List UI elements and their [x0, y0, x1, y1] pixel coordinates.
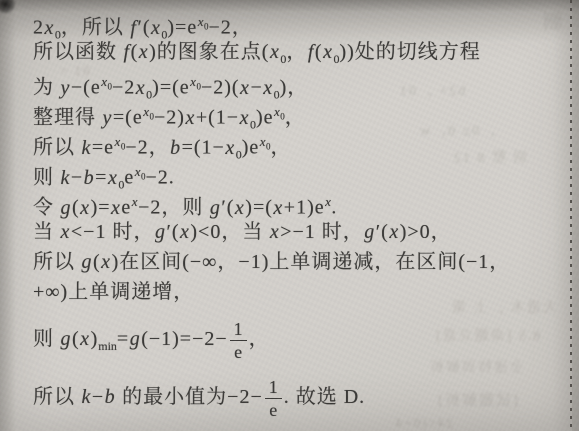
solution-line-6: 则 k−b=x0ex0−2.	[33, 157, 567, 187]
page-edge-strip	[572, 0, 579, 431]
solution-line-10: +∞)上单调递增，	[33, 277, 567, 307]
corner-shadow	[0, 0, 19, 17]
solution-line-7: 令 g(x)=xex−2，则 g′(x)=(x+1)ex.	[33, 187, 567, 217]
solution-line-3: 为 y−(ex0−2x0)=(ex0−2)(x−x0)，	[33, 67, 567, 97]
solution-line-8: 当 x<−1 时，g′(x)<0，当 x>−1 时，g′(x)>0，	[33, 217, 567, 247]
solution-line-11: 则 g(x)min=g(−1)=−2−1e，	[33, 315, 567, 363]
solution-line-5: 所以 k=ex0−2，b=(1−x0)ex0，	[33, 127, 567, 157]
solution-line-2: 所以函数 f(x)的图象在点(x0，f(x0))处的切线方程	[33, 37, 567, 67]
solution-line-4: 整理得 y=(ex0−2)x+(1−x0)ex0，	[33, 97, 567, 127]
solution-text-block: 2x0，所以 f′(x0)=ex0−2， 所以函数 f(x)的图象在点(x0，f…	[33, 7, 567, 419]
solution-line-12: 所以 k−b 的最小值为−2−1e. 故选 D.	[33, 375, 567, 419]
paper-page: 删01 =b2+ ，01，0≥ 0，w别 墅 8 12大逍木 ，上 策8.5 […	[0, 0, 579, 431]
solution-line-1: 2x0，所以 f′(x0)=ex0−2，	[33, 7, 567, 37]
solution-line-9: 所以 g(x)在区间(−∞，−1)上单调递减，在区间(−1，	[33, 247, 567, 277]
